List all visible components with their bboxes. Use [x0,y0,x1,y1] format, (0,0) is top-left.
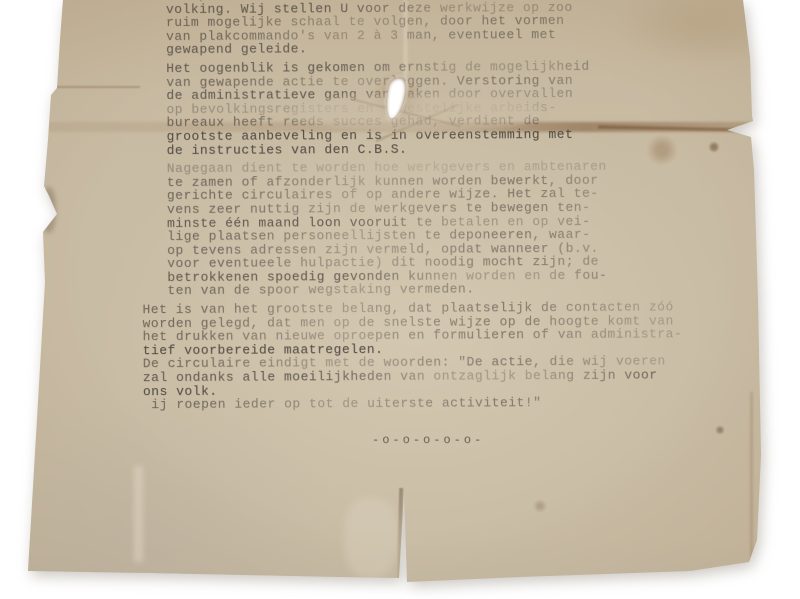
paragraph: Het is van het grootste belang, dat plaa… [142,300,800,412]
paper-shadow: hielpen hadden luiden merkt op de te-vol… [0,0,800,599]
bottom-tear-flap [344,498,398,578]
fold-crease-right [750,392,753,560]
bottom-tear [397,488,403,580]
paragraph: Nagegaan dient te worden hoe werkgevers … [167,159,800,298]
text-line: de instructies van den C.B.S. [167,140,800,157]
typed-divider: -o-o-o-o-o- [372,433,484,447]
text-line: ten van de spoor wegstaking vermeden. [167,281,800,298]
text-line: ij roepen ieder op tot de uiterste activ… [143,395,800,412]
paragraph: hielpen hadden luiden merkt op de te-vol… [166,0,800,57]
text-line: gewapend geleide. [166,40,800,57]
worn-streak [134,466,143,562]
photo-background: hielpen hadden luiden merkt op de te-vol… [0,0,800,599]
text-block: hielpen hadden luiden merkt op de te-vol… [0,0,800,418]
document-paper: hielpen hadden luiden merkt op de te-vol… [0,0,800,599]
paragraph: Het oogenblik is gekomen om ernstig de m… [166,59,800,157]
